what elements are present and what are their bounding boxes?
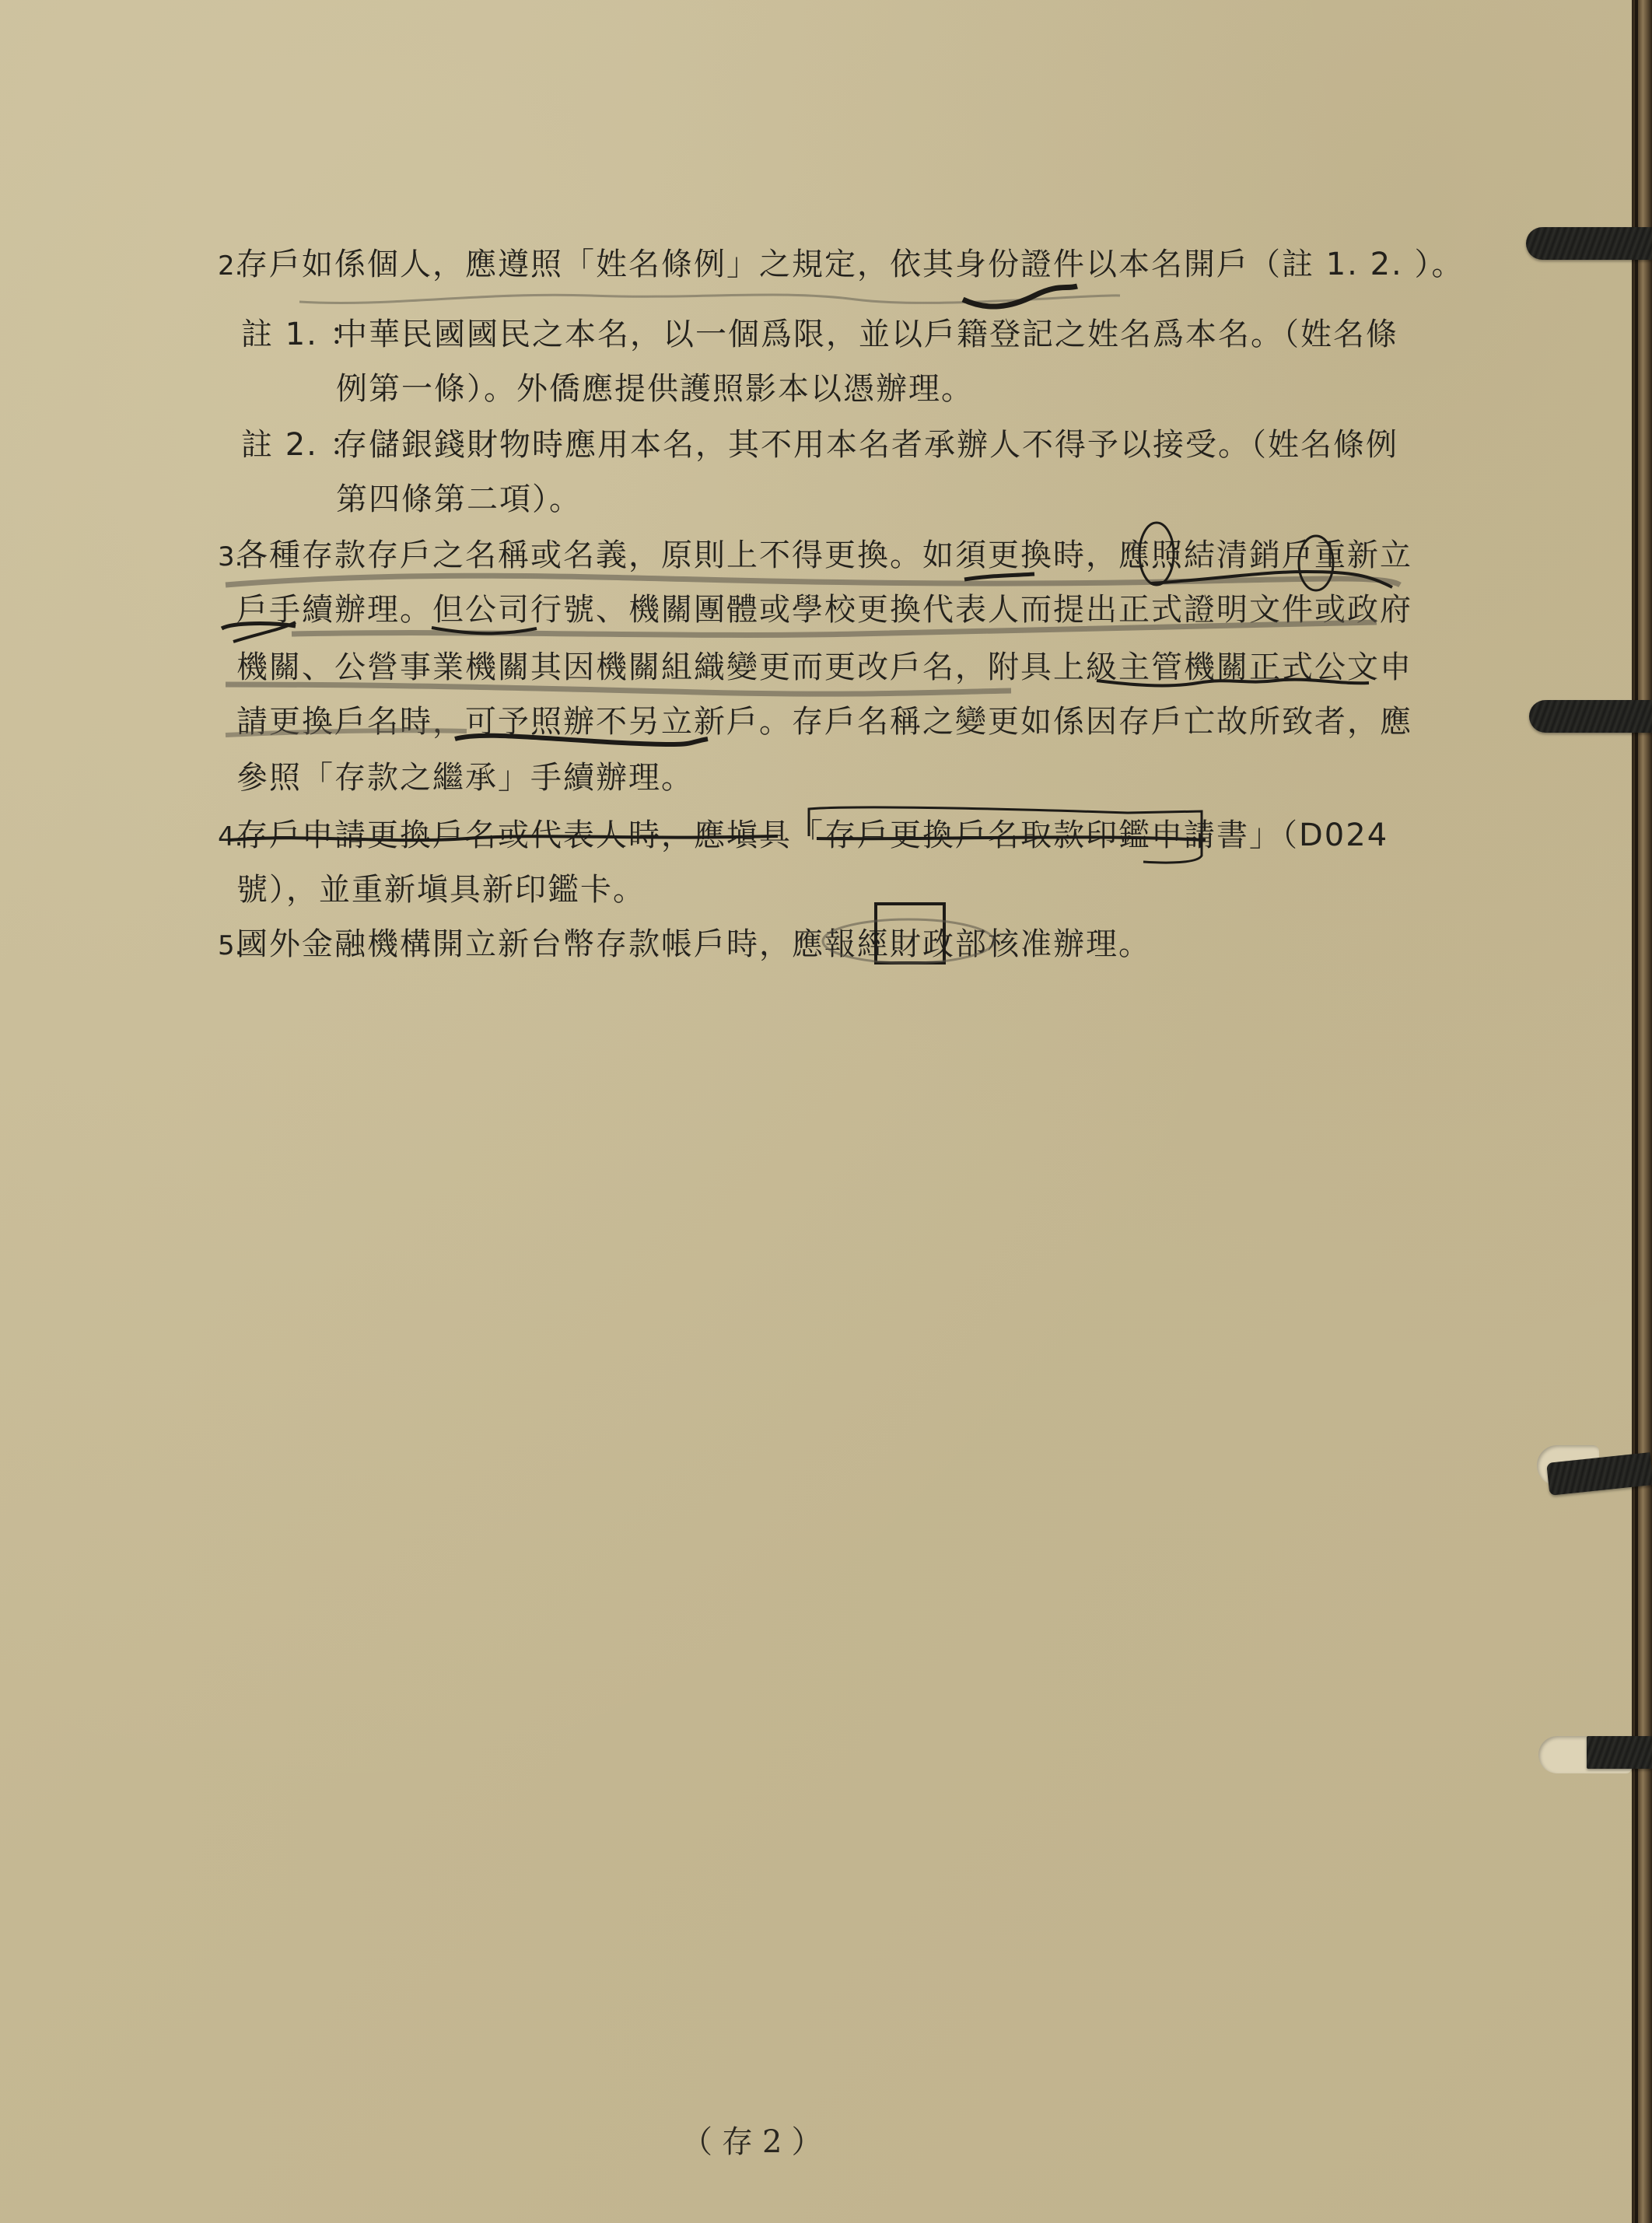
binding-string-2 <box>1529 700 1652 733</box>
note-text: 例第一條）。外僑應提供護照影本以憑辦理。 <box>336 371 974 407</box>
page-number-label: （存2） <box>681 2117 831 2162</box>
note-text: 中華民國國民之本名，以一個爲限，並以戶籍登記之姓名爲本名。（姓名條 <box>336 317 1398 352</box>
item-3-line-5: 參照「存款之繼承」手續辦理。 <box>236 756 694 800</box>
binding-string-1 <box>1526 227 1652 260</box>
item-number: 4. <box>218 815 236 859</box>
item-text: 機關、公營事業機關其因機關組織變更而更改戶名，附具上級主管機關正式公文申 <box>236 649 1412 685</box>
note-2-line-2: 第四條第二項）。 <box>336 478 582 521</box>
note-label: 註 1. ： <box>241 313 336 356</box>
item-4-line-1: 4.存戶申請更換戶名或代表人時，應塡具「存戶更換戶名取款印鑑申請書」（D024 <box>218 814 1388 859</box>
spine-edge-line <box>1635 0 1638 2223</box>
item-text: 號），並重新塡具新印鑑卡。 <box>236 872 646 908</box>
item-5-line-1: 5.國外金融機構開立新台幣存款帳戶時，應報經財政部核准辦理。 <box>218 922 1151 968</box>
item-3-line-4: 請更換戶名時，可予照辦不另立新戶。存戶名稱之變更如係因存戶亡故所致者，應 <box>236 700 1412 744</box>
item-number: 5. <box>218 924 236 968</box>
note-text: 存儲銀錢財物時應用本名，其不用本名者承辦人不得予以接受。（姓名條例 <box>336 427 1398 463</box>
item-2-line-1: 2.存戶如係個人，應遵照「姓名條例」之規定，依其身份證件以本名開戶（註 1. 2… <box>218 243 1464 288</box>
note-text: 第四條第二項）。 <box>336 481 582 517</box>
item-number: 3. <box>218 535 236 579</box>
item-text: 各種存款存戶之名稱或名義，原則上不得更換。如須更換時，應照結清銷戶重新立 <box>236 537 1412 573</box>
item-text: 請更換戶名時，可予照辦不另立新戶。存戶名稱之變更如係因存戶亡故所致者，應 <box>236 704 1412 740</box>
note-1-line-2: 例第一條）。外僑應提供護照影本以憑辦理。 <box>336 367 974 411</box>
item-text: 戶手續辦理。但公司行號、機關團體或學校更換代表人而提出正式證明文件或政府 <box>236 592 1412 628</box>
item-number: 2. <box>218 244 236 288</box>
item-3-line-2: 戶手續辦理。但公司行號、機關團體或學校更換代表人而提出正式證明文件或政府 <box>236 588 1412 632</box>
note-label: 註 2. ： <box>241 423 336 467</box>
item-text: 國外金融機構開立新台幣存款帳戶時，應報經財政部核准辦理。 <box>236 926 1151 962</box>
note-1-line-1: 註 1. ：中華民國國民之本名，以一個爲限，並以戶籍登記之姓名爲本名。（姓名條 <box>241 313 1398 356</box>
item-text: 存戶如係個人，應遵照「姓名條例」之規定，依其身份證件以本名開戶（註 1. 2. … <box>236 247 1464 282</box>
item-3-line-3: 機關、公營事業機關其因機關組織變更而更改戶名，附具上級主管機關正式公文申 <box>236 646 1412 689</box>
item-text: 參照「存款之繼承」手續辦理。 <box>236 760 694 796</box>
item-4-line-2: 號），並重新塡具新印鑑卡。 <box>236 868 646 912</box>
item-text: 存戶申請更換戶名或代表人時，應塡具「存戶更換戶名取款印鑑申請書」（D024 <box>236 817 1388 853</box>
item-3-line-1: 3.各種存款存戶之名稱或名義，原則上不得更換。如須更換時，應照結清銷戶重新立 <box>218 534 1412 579</box>
binding-string-4 <box>1587 1736 1652 1769</box>
note-2-line-1: 註 2. ：存儲銀錢財物時應用本名，其不用本名者承辦人不得予以接受。（姓名條例 <box>241 423 1398 467</box>
